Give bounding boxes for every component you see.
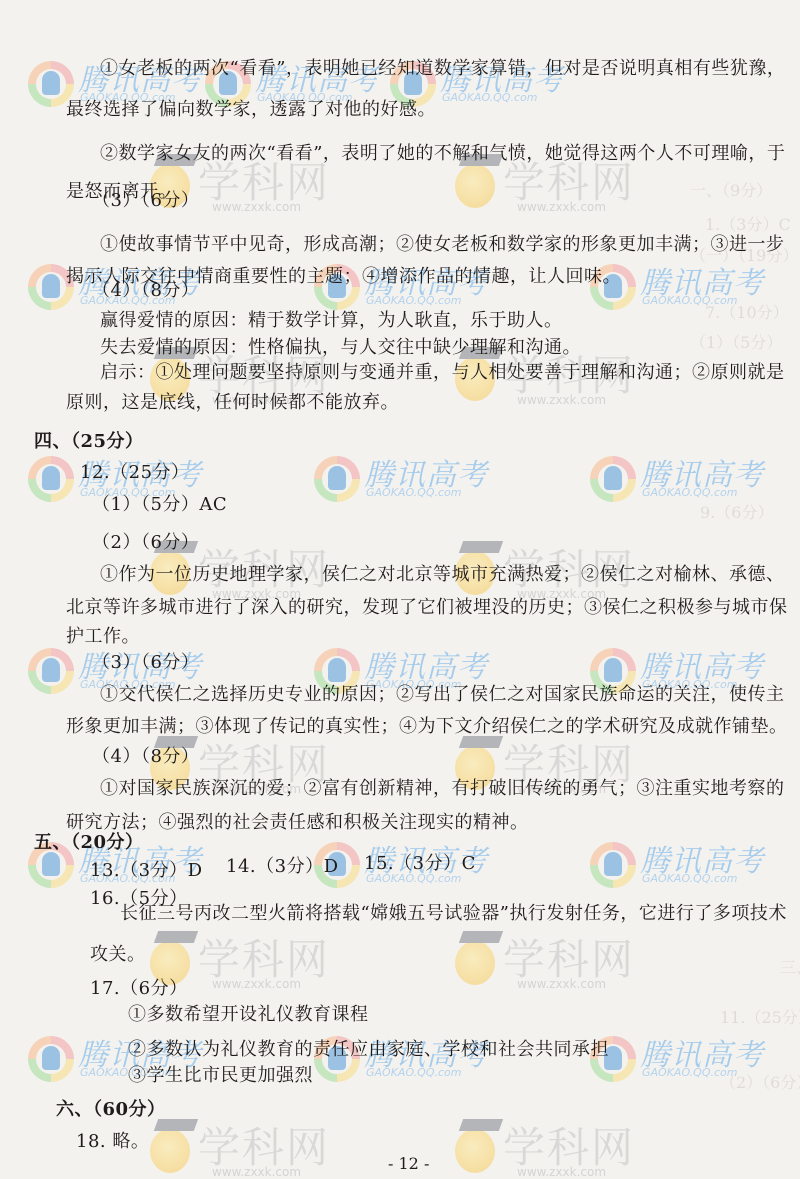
answer-paragraph: 长征三号丙改二型火箭将搭载“嫦娥五号试验器”执行发射任务，它进行了多项技术 bbox=[120, 899, 787, 925]
tengxun-watermark: 腾讯高考GAOKAO.QQ.com bbox=[590, 836, 790, 896]
bleed-through-text: 11.（25分） bbox=[720, 1005, 800, 1028]
answer-item: 14.（3分）D bbox=[226, 852, 339, 878]
watermark-url: GAOKAO.QQ.com bbox=[366, 486, 461, 499]
mascot-icon bbox=[455, 941, 495, 985]
mascot-icon bbox=[455, 1129, 495, 1173]
answer-item: ②多数认为礼仪教育的责任应由家庭、学校和社会共同承担 bbox=[128, 1035, 609, 1061]
answer-paragraph: ①女老板的两次“看看”，表明她已经知道数学家算错，但对是否说明真相有些犹豫， bbox=[100, 54, 785, 80]
answer-paragraph: 形象更加丰满；③体现了传记的真实性；④为下文介绍侯仁之的学术研究及成就作铺垫。 bbox=[66, 712, 788, 738]
answer-paragraph: 攻关。 bbox=[90, 940, 146, 966]
watermark-url: www.zxxk.com bbox=[517, 977, 606, 991]
logo-figure-icon bbox=[604, 658, 622, 682]
answer-paragraph: ①使故事情节平中见奇，形成高潮；②使女老板和数学家的形象更加丰满；③进一步 bbox=[100, 230, 785, 256]
exam-answer-page: 一、（9分） 1.（3分）C （一）（19分） 7.（10分） （1）（5分） … bbox=[0, 0, 800, 1179]
answer-paragraph: 启示：①处理问题要坚持原则与变通并重，与人相处要善于理解和沟通；②原则就是 bbox=[100, 358, 785, 384]
logo-figure-icon bbox=[42, 658, 60, 682]
answer-paragraph: 北京等许多城市进行了深入的研究，发现了它们被埋没的历史；③侯仁之积极参与城市保 bbox=[66, 593, 788, 619]
xueke-watermark: 学科网www.zxxk.com bbox=[455, 1115, 655, 1179]
section-heading: 六、（60分） bbox=[56, 1095, 166, 1121]
watermark-url: GAOKAO.QQ.com bbox=[642, 294, 737, 307]
xueke-watermark: 学科网www.zxxk.com bbox=[150, 1115, 350, 1179]
answer-paragraph: ①交代侯仁之选择历史专业的原因；②写出了侯仁之对国家民族命运的关注，使传主 bbox=[100, 680, 785, 706]
page-number: - 12 - bbox=[388, 1154, 429, 1173]
bleed-through-text: 一、（9分） bbox=[690, 178, 772, 201]
answer-paragraph: （1）（5分）AC bbox=[92, 490, 227, 516]
question-label: 12.（25分） bbox=[80, 458, 190, 484]
answer-paragraph: 失去爱情的原因：性格偏执，与人交往中缺少理解和沟通。 bbox=[100, 333, 581, 359]
watermark-url: www.zxxk.com bbox=[517, 200, 606, 214]
answer-paragraph: 护工作。 bbox=[66, 622, 140, 648]
bleed-through-text: （1）（5分） bbox=[690, 330, 782, 353]
tengxun-watermark: 腾讯高考GAOKAO.QQ.com bbox=[314, 450, 514, 510]
graduation-cap-icon bbox=[459, 931, 503, 943]
watermark-url: GAOKAO.QQ.com bbox=[642, 1066, 737, 1079]
section-heading: 四、（25分） bbox=[34, 427, 144, 453]
graduation-cap-icon bbox=[154, 931, 198, 943]
logo-figure-icon bbox=[42, 1046, 60, 1070]
logo-figure-icon bbox=[328, 466, 346, 490]
answer-item: 15.（3分）C bbox=[364, 849, 476, 875]
logo-figure-icon bbox=[42, 466, 60, 490]
tengxun-watermark: 腾讯高考GAOKAO.QQ.com bbox=[590, 1030, 790, 1090]
section-heading: 五、（20分） bbox=[34, 828, 144, 854]
xueke-watermark: 学科网www.zxxk.com bbox=[455, 927, 655, 997]
question-label: （2）（6分） bbox=[92, 528, 199, 554]
watermark-url: www.zxxk.com bbox=[517, 1165, 606, 1179]
watermark-url: GAOKAO.QQ.com bbox=[642, 872, 737, 885]
graduation-cap-icon bbox=[459, 1119, 503, 1131]
tengxun-watermark: 腾讯高考GAOKAO.QQ.com bbox=[590, 450, 790, 510]
graduation-cap-icon bbox=[459, 541, 503, 553]
question-label: （3）（6分） bbox=[92, 648, 199, 674]
answer-paragraph: 原则，这是底线，任何时候都不能放弃。 bbox=[66, 388, 399, 414]
logo-figure-icon bbox=[42, 71, 60, 95]
logo-figure-icon bbox=[328, 658, 346, 682]
logo-figure-icon bbox=[604, 466, 622, 490]
watermark-url: www.zxxk.com bbox=[212, 200, 301, 214]
watermark-url: www.zxxk.com bbox=[212, 977, 301, 991]
logo-figure-icon bbox=[604, 852, 622, 876]
mascot-icon bbox=[455, 164, 495, 208]
answer-item: 13.（3分）D bbox=[90, 856, 203, 882]
mascot-icon bbox=[150, 1129, 190, 1173]
watermark-url: GAOKAO.QQ.com bbox=[642, 486, 737, 499]
question-label: （4）（8分） bbox=[92, 742, 199, 768]
answer-paragraph: 最终选择了偏向数学家，透露了对他的好感。 bbox=[66, 95, 436, 121]
answer-paragraph: 赢得爱情的原因：精于数学计算，为人耿直，乐于助人。 bbox=[100, 306, 563, 332]
bleed-through-text: 三、（25分） bbox=[780, 955, 800, 978]
question-label: （4）（8分） bbox=[92, 276, 199, 302]
watermark-url: GAOKAO.QQ.com bbox=[442, 91, 537, 104]
answer-paragraph: ②数学家女友的两次“看看”，表明了她的不解和气愤，她觉得这两个人不可理喻，于 bbox=[100, 139, 785, 165]
watermark-url: www.zxxk.com bbox=[212, 1165, 301, 1179]
answer-item: ①多数希望开设礼仪教育课程 bbox=[128, 1000, 369, 1026]
answer-paragraph: ①作为一位历史地理学家，侯仁之对北京等城市充满热爱；②侯仁之对榆林、承德、 bbox=[100, 560, 785, 586]
logo-figure-icon bbox=[42, 852, 60, 876]
answer-item: 18. 略。 bbox=[76, 1127, 149, 1153]
watermark-url: www.zxxk.com bbox=[517, 393, 606, 407]
answer-item: ③学生比市民更加强烈 bbox=[128, 1061, 313, 1087]
question-label: （3）（6分） bbox=[92, 186, 199, 212]
watermark-url: GAOKAO.QQ.com bbox=[366, 1066, 461, 1079]
answer-paragraph: ①对国家民族深沉的爱；②富有创新精神，有打破旧传统的勇气；③注重实地考察的 bbox=[100, 774, 785, 800]
logo-figure-icon bbox=[42, 274, 60, 298]
question-label: 17.（6分） bbox=[90, 974, 188, 1000]
